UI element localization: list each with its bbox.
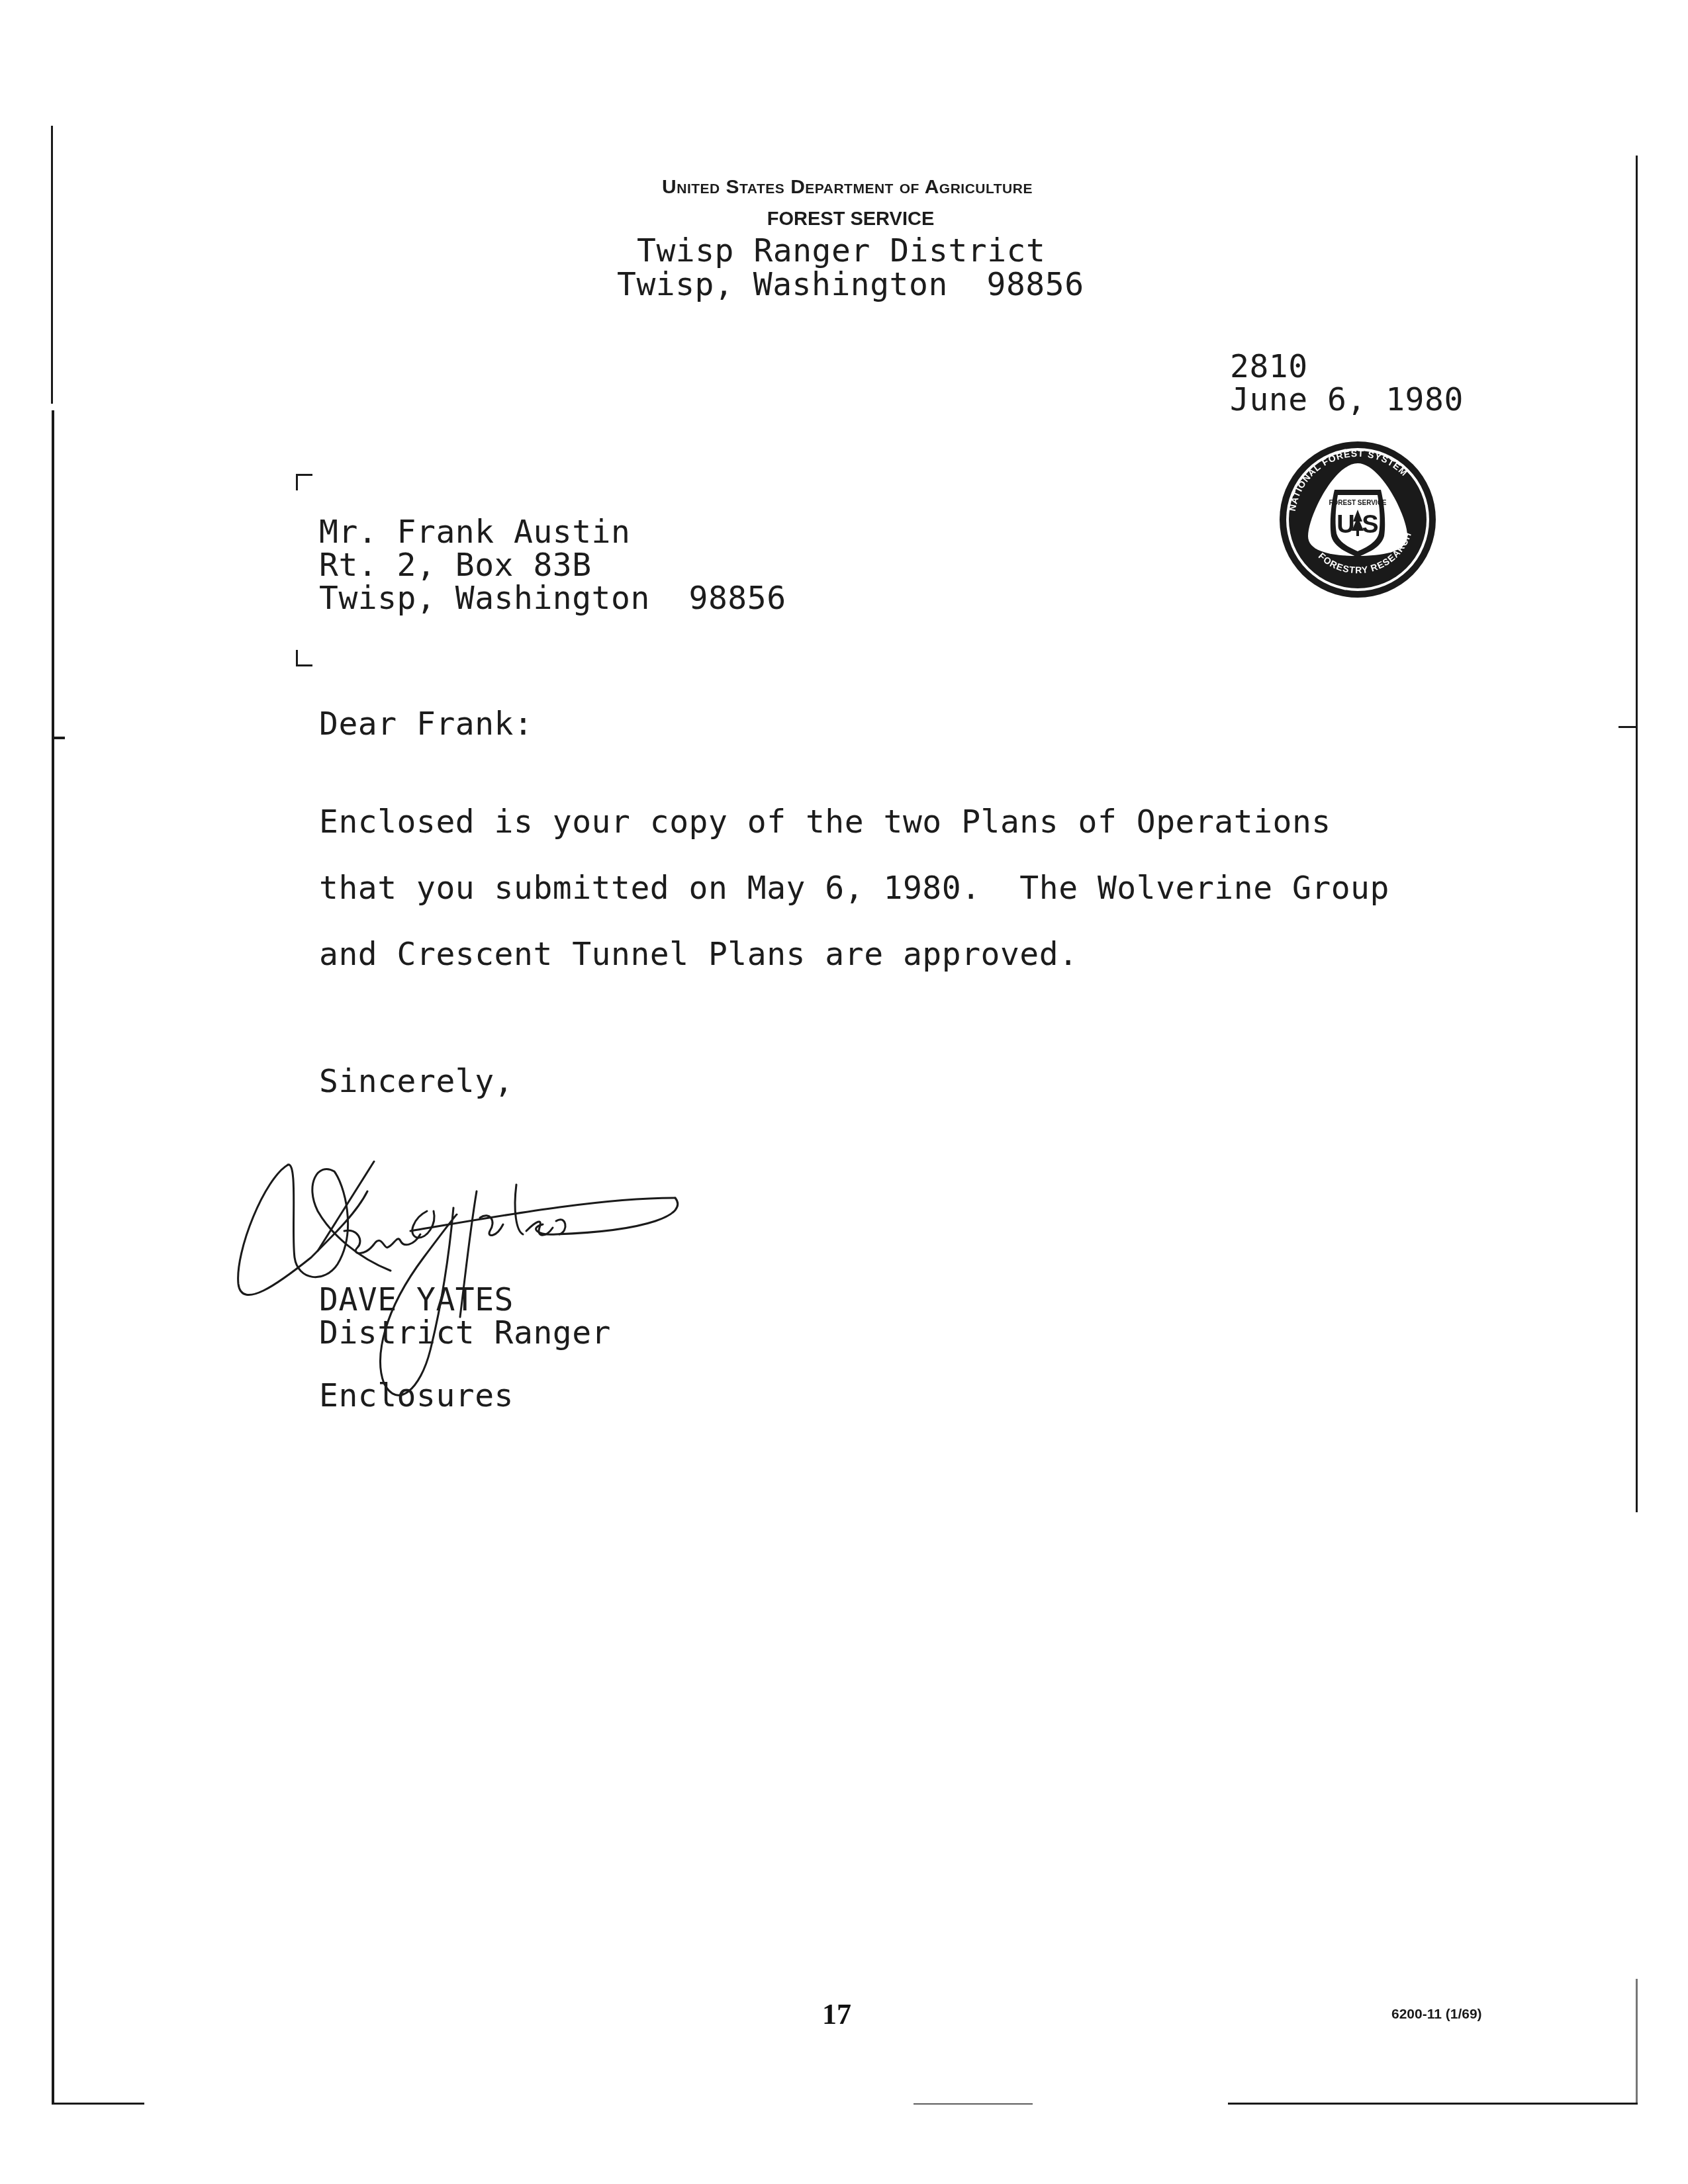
body-line: that you submitted on May 6, 1980. The W… bbox=[319, 872, 1389, 904]
left-border-line bbox=[52, 410, 54, 2105]
left-edge-tick bbox=[54, 737, 65, 739]
left-border-line bbox=[51, 126, 53, 404]
letterhead-city: Twisp, Washington 98856 bbox=[617, 269, 1084, 300]
bottom-border-line bbox=[52, 2103, 144, 2105]
enclosure-note: Enclosures bbox=[319, 1380, 514, 1412]
bottom-border-line bbox=[914, 2103, 1033, 2105]
svg-text:FOREST SERVICE: FOREST SERVICE bbox=[1329, 500, 1386, 507]
signer-title: District Ranger bbox=[319, 1317, 611, 1349]
letterhead-district: Twisp Ranger District bbox=[637, 235, 1045, 267]
address-corner-mark-bottom bbox=[296, 650, 312, 666]
letter-page: United States Department of Agriculture … bbox=[0, 0, 1688, 2184]
recipient-address-line1: Rt. 2, Box 83B bbox=[319, 549, 592, 581]
closing: Sincerely, bbox=[319, 1066, 514, 1097]
right-edge-tick bbox=[1618, 726, 1636, 728]
recipient-address-line2: Twisp, Washington 98856 bbox=[319, 582, 786, 614]
address-corner-mark-top bbox=[296, 474, 312, 490]
recipient-name: Mr. Frank Austin bbox=[319, 516, 630, 548]
letter-date: June 6, 1980 bbox=[1230, 384, 1464, 416]
letterhead-agency: FOREST SERVICE bbox=[0, 208, 1688, 230]
bottom-border-line bbox=[1228, 2103, 1638, 2105]
handwritten-signature-icon bbox=[225, 1099, 768, 1416]
signer-name: DAVE YATES bbox=[319, 1284, 514, 1316]
right-border-line bbox=[1636, 1979, 1638, 2103]
right-border-line bbox=[1636, 156, 1638, 1512]
salutation: Dear Frank: bbox=[319, 708, 533, 740]
body-line: and Crescent Tunnel Plans are approved. bbox=[319, 938, 1078, 970]
file-code: 2810 bbox=[1230, 351, 1308, 383]
form-number: 6200-11 (1/69) bbox=[1391, 2007, 1482, 2023]
page-number: 17 bbox=[822, 1997, 851, 2031]
letterhead-department: United States Department of Agriculture bbox=[0, 176, 1688, 199]
forest-service-seal-icon: FOREST SERVICE U S NATIONAL FOREST SYSTE… bbox=[1275, 437, 1440, 602]
body-line: Enclosed is your copy of the two Plans o… bbox=[319, 806, 1331, 838]
